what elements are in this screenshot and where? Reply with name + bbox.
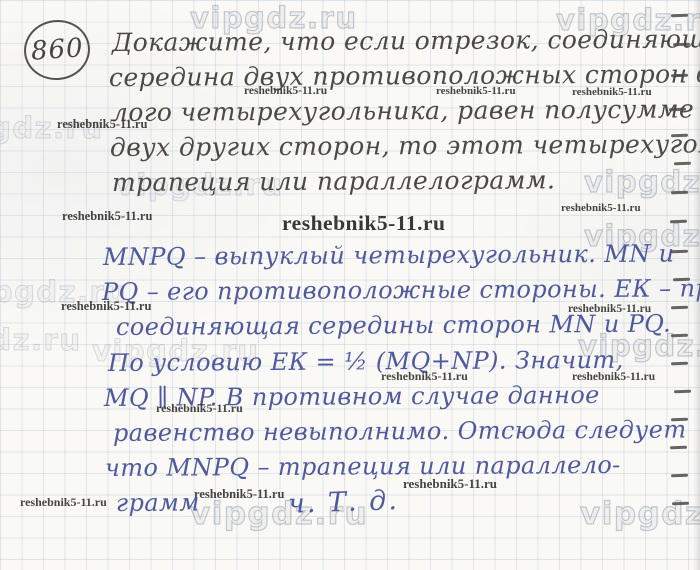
page-edge-mark — [671, 250, 688, 254]
problem-line: двух других сторон, то этот четырехуголь… — [110, 129, 700, 162]
watermark-reshebnik: reshebnik5-11.ru — [156, 402, 243, 414]
page-edge-mark — [671, 418, 688, 422]
problem-line: трапеция или параллелограмм. — [112, 165, 555, 197]
page-edge-mark — [671, 191, 688, 195]
solution-line: MNPQ – выпуклый четырехугольник. MN и — [103, 240, 675, 271]
page-edge-mark — [671, 334, 688, 338]
watermark-reshebnik: reshebnik5-11.ru — [572, 87, 652, 98]
page-edge-mark — [673, 278, 690, 282]
page-edge-mark — [671, 134, 688, 138]
page-edge-mark — [670, 220, 687, 224]
page-edge-mark — [671, 362, 688, 366]
solution-line: По условию ЕК = ½ (MQ+NP). Значит, — [108, 346, 624, 377]
page-edge-mark — [674, 162, 691, 166]
watermark-reshebnik: reshebnik5-11.ru — [57, 118, 147, 131]
watermark-reshebnik: reshebnik5-11.ru — [194, 488, 284, 501]
watermark-reshebnik-large: reshebnik5-11.ru — [282, 213, 446, 235]
page-edge-mark — [672, 502, 689, 506]
watermark-reshebnik: reshebnik5-11.ru — [436, 86, 516, 97]
page-edge-mark — [673, 43, 690, 47]
watermark-reshebnik: reshebnik5-11.ru — [561, 203, 641, 214]
problem-number: 860 — [30, 33, 85, 67]
page-edge-mark — [669, 108, 686, 112]
watermark-reshebnik: reshebnik5-11.ru — [568, 304, 651, 316]
page-edge-mark — [671, 14, 688, 18]
solution-line: PQ – его противоположные стороны. ЕК – п… — [102, 274, 700, 306]
problem-line: лого четырехугольника, равен полусумме — [112, 94, 694, 127]
watermark-reshebnik: reshebnik5-11.ru — [244, 86, 327, 98]
watermark-reshebnik: reshebnik5-11.ru — [381, 370, 468, 382]
page-edge-mark — [670, 446, 687, 450]
watermark-reshebnik: reshebnik5-11.ru — [62, 210, 152, 223]
page-edge-mark — [671, 474, 688, 478]
page-edge-mark — [671, 306, 688, 310]
problem-number-badge: 860 — [21, 16, 94, 84]
solution-line: что MNPQ – трапеция или параллело- — [105, 451, 621, 482]
page-edge-mark — [671, 74, 688, 78]
watermark-reshebnik: reshebnik5-11.ru — [572, 372, 655, 384]
qed-mark: ч. Т. д. — [287, 485, 399, 520]
watermark-reshebnik: reshebnik5-11.ru — [20, 496, 107, 508]
scanned-notebook-page: 860 vipgdz.ru vipgdz.ru vipgdz.ru vipgdz… — [0, 0, 700, 570]
solution-line: грамм — [116, 488, 200, 517]
watermark-reshebnik: reshebnik5-11.ru — [61, 300, 151, 313]
problem-line: Докажите, что если отрезок, соединяющий — [112, 24, 700, 57]
watermark-reshebnik: reshebnik5-11.ru — [403, 477, 497, 490]
solution-line: равенство невыполнимо. Отсюда следует — [113, 415, 687, 447]
watermark-vipgdz: vipgdz.ru — [0, 326, 81, 355]
page-edge-mark — [674, 390, 691, 394]
